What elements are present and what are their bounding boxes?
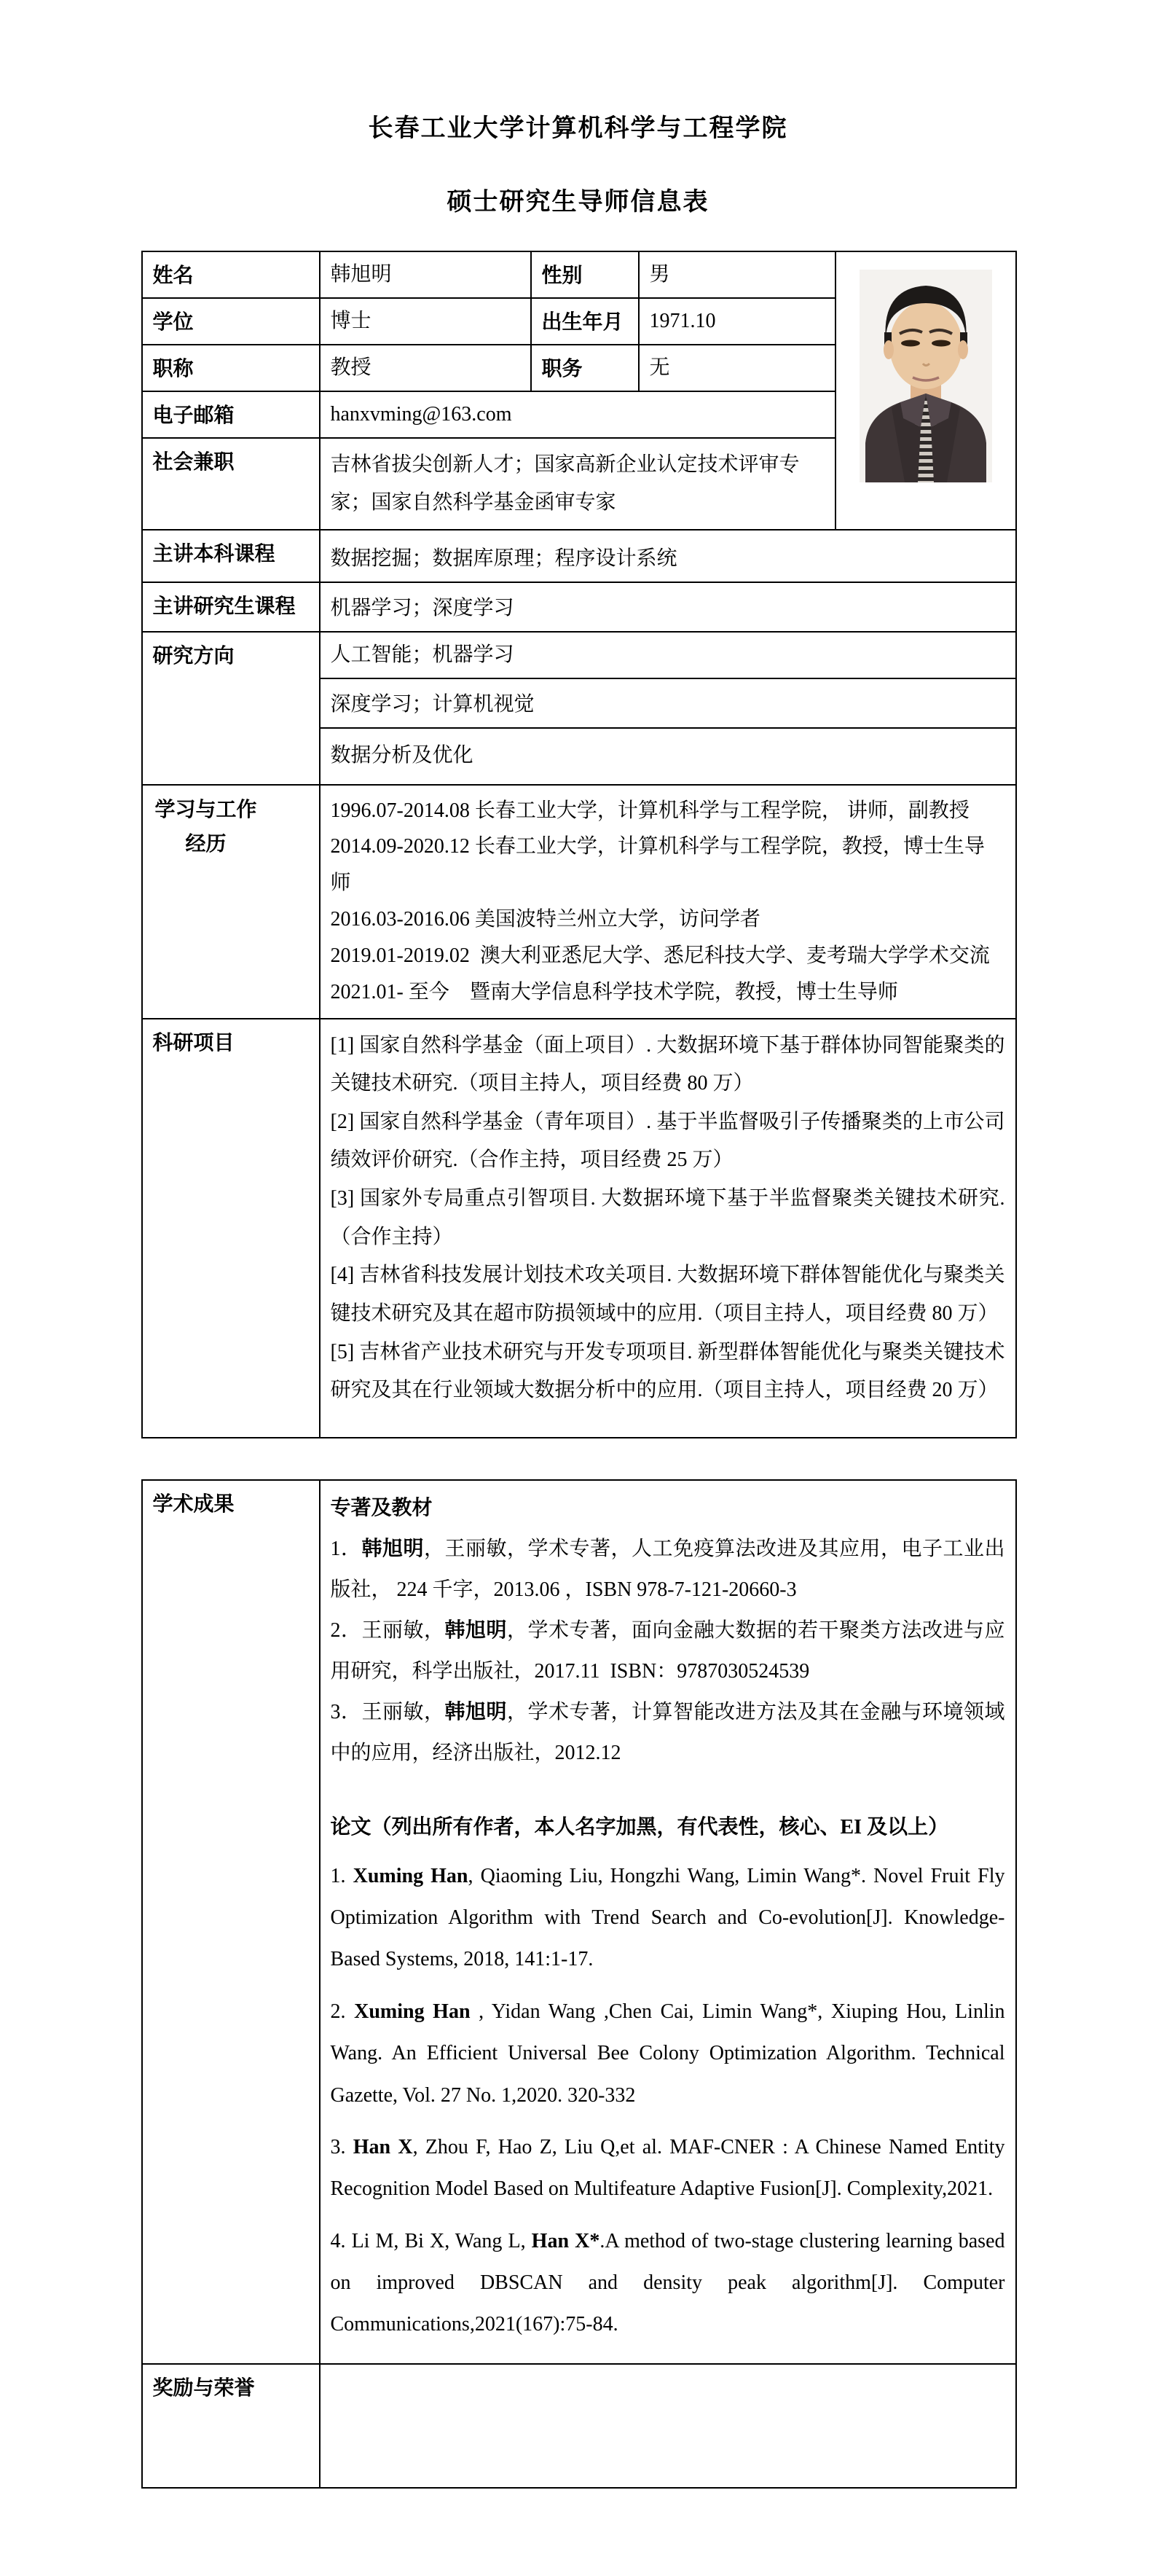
page-title: 长春工业大学计算机科学与工程学院 <box>141 108 1015 144</box>
list-item: 1. Xuming Han, Qiaoming Liu, Hongzhi Wan… <box>331 1855 1005 1981</box>
awards-content <box>320 2364 1016 2488</box>
list-item: 3．王丽敏，韩旭明，学术专著，计算智能改进方法及其在金融与环境领域中的应用，经济… <box>331 1692 1005 1774</box>
text-segment: 3．王丽敏， <box>331 1701 445 1723</box>
achievements-label: 学术成果 <box>142 1480 320 2364</box>
table-row: 主讲本科课程 数据挖掘；数据库原理；程序设计系统 <box>142 530 1016 582</box>
books-section-header: 专著及教材 <box>331 1488 1005 1529</box>
degree-label: 学位 <box>142 298 320 345</box>
achievements-content: 专著及教材 1．韩旭明，王丽敏，学术专著，人工免疫算法改进及其应用，电子工业出版… <box>320 1480 1016 2364</box>
list-item: 1996.07-2014.08 长春工业大学，计算机科学与工程学院， 讲师，副教… <box>331 793 1005 829</box>
birth-label: 出生年月 <box>531 298 639 345</box>
text-segment: 4. Li M, Bi X, Wang L, <box>331 2230 532 2252</box>
table-row: 学术成果 专著及教材 1．韩旭明，王丽敏，学术专著，人工免疫算法改进及其应用，电… <box>142 1480 1016 2364</box>
list-item: 2014.09-2020.12 长春工业大学，计算机科学与工程学院，教授，博士生… <box>331 829 1005 901</box>
highlighted-author-name: Xuming Han <box>353 1865 468 1887</box>
page-bottom-margin <box>141 2489 1015 2576</box>
social-label: 社会兼职 <box>142 438 320 530</box>
table-row: 姓名 韩旭明 性别 男 <box>142 251 1016 298</box>
text-segment: 1． <box>331 1538 362 1560</box>
papers-section-header: 论文（列出所有作者，本人名字加黑，有代表性，核心、EI 及以上） <box>331 1807 1005 1848</box>
table-row: 学习与工作经历 1996.07-2014.08 长春工业大学，计算机科学与工程学… <box>142 785 1016 1019</box>
list-item: [5] 吉林省产业技术研究与开发专项项目. 新型群体智能优化与聚类关键技术研究及… <box>331 1334 1005 1410</box>
research-direction-3: 数据分析及优化 <box>320 728 1016 785</box>
title-value: 教授 <box>320 345 531 391</box>
birth-value: 1971.10 <box>639 298 835 345</box>
list-item: 2016.03-2016.06 美国波特兰州立大学，访问学者 <box>331 901 1005 938</box>
text-segment: 2．王丽敏， <box>331 1619 445 1642</box>
text-segment: , Zhou F, Hao Z, Liu Q,et al. MAF-CNER :… <box>331 2136 1005 2200</box>
achievements-table: 学术成果 专著及教材 1．韩旭明，王丽敏，学术专著，人工免疫算法改进及其应用，电… <box>141 1479 1017 2489</box>
gender-value: 男 <box>639 251 835 298</box>
gender-label: 性别 <box>531 251 639 298</box>
list-item: [4] 吉林省科技发展计划技术攻关项目. 大数据环境下群体智能优化与聚类关键技术… <box>331 1256 1005 1333</box>
highlighted-author-name: Han X* <box>532 2230 600 2252</box>
list-item: 2019.01-2019.02 澳大利亚悉尼大学、悉尼科技大学、麦考瑞大学学术交… <box>331 938 1005 974</box>
highlighted-author-name: 韩旭明 <box>445 1619 508 1642</box>
list-item: [1] 国家自然科学基金（面上项目）. 大数据环境下基于群体协同智能聚类的关键技… <box>331 1027 1005 1103</box>
photo-cell <box>835 251 1016 530</box>
list-item: [3] 国家外专局重点引智项目. 大数据环境下基于半监督聚类关键技术研究.（合作… <box>331 1180 1005 1256</box>
experience-content: 1996.07-2014.08 长春工业大学，计算机科学与工程学院， 讲师，副教… <box>320 785 1016 1019</box>
name-label: 姓名 <box>142 251 320 298</box>
papers-list: 1. Xuming Han, Qiaoming Liu, Hongzhi Wan… <box>331 1855 1005 2346</box>
books-list: 1．韩旭明，王丽敏，学术专著，人工免疫算法改进及其应用，电子工业出版社， 224… <box>331 1529 1005 1774</box>
duty-label: 职务 <box>531 345 639 391</box>
email-label: 电子邮箱 <box>142 391 320 438</box>
projects-content: [1] 国家自然科学基金（面上项目）. 大数据环境下基于群体协同智能聚类的关键技… <box>320 1019 1016 1438</box>
research-direction-2: 深度学习；计算机视觉 <box>320 678 1016 728</box>
text-segment: 1. <box>331 1865 353 1887</box>
name-value: 韩旭明 <box>320 251 531 298</box>
text-segment: 2. <box>331 2000 355 2023</box>
social-value: 吉林省拔尖创新人才；国家高新企业认定技术评审专家；国家自然科学基金函审专家 <box>320 438 835 530</box>
highlighted-author-name: Han X <box>353 2136 413 2158</box>
highlighted-author-name: 韩旭明 <box>445 1701 508 1723</box>
graduate-course-value: 机器学习；深度学习 <box>320 582 1016 632</box>
list-item: [2] 国家自然科学基金（青年项目）. 基于半监督吸引子传播聚类的上市公司绩效评… <box>331 1103 1005 1180</box>
page-subtitle: 硕士研究生导师信息表 <box>141 181 1015 217</box>
list-item: 3. Han X, Zhou F, Hao Z, Liu Q,et al. MA… <box>331 2126 1005 2210</box>
table-row: 研究方向 人工智能；机器学习 <box>142 632 1016 678</box>
research-direction-1: 人工智能；机器学习 <box>320 632 1016 678</box>
portrait-photo-image <box>860 270 992 482</box>
text-segment: 3. <box>331 2136 353 2158</box>
duty-value: 无 <box>639 345 835 391</box>
highlighted-author-name: 韩旭明 <box>362 1538 425 1560</box>
supervisor-info-table: 姓名 韩旭明 性别 男 <box>141 251 1017 1438</box>
awards-label: 奖励与荣誉 <box>142 2364 320 2488</box>
list-item: 1．韩旭明，王丽敏，学术专著，人工免疫算法改进及其应用，电子工业出版社， 224… <box>331 1529 1005 1610</box>
graduate-course-label: 主讲研究生课程 <box>142 582 320 632</box>
undergrad-course-value: 数据挖掘；数据库原理；程序设计系统 <box>320 530 1016 582</box>
degree-value: 博士 <box>320 298 531 345</box>
projects-label: 科研项目 <box>142 1019 320 1438</box>
highlighted-author-name: Xuming Han <box>354 2000 470 2023</box>
form-page: 长春工业大学计算机科学与工程学院 硕士研究生导师信息表 姓名 韩旭明 性别 男 <box>141 0 1015 2576</box>
undergrad-course-label: 主讲本科课程 <box>142 530 320 582</box>
title-label: 职称 <box>142 345 320 391</box>
list-item: 2. Xuming Han , Yidan Wang ,Chen Cai, Li… <box>331 1991 1005 2116</box>
table-row: 科研项目 [1] 国家自然科学基金（面上项目）. 大数据环境下基于群体协同智能聚… <box>142 1019 1016 1438</box>
list-item: 2．王丽敏，韩旭明，学术专著，面向金融大数据的若干聚类方法改进与应用研究，科学出… <box>331 1610 1005 1692</box>
experience-label: 学习与工作经历 <box>142 785 320 1019</box>
list-item: 4. Li M, Bi X, Wang L, Han X*.A method o… <box>331 2220 1005 2346</box>
list-item: 2021.01- 至今 暨南大学信息科学技术学院，教授，博士生导师 <box>331 974 1005 1011</box>
experience-label-text: 学习与工作经历 <box>153 793 259 862</box>
table-row: 主讲研究生课程 机器学习；深度学习 <box>142 582 1016 632</box>
table-row: 奖励与荣誉 <box>142 2364 1016 2488</box>
text-segment: ，王丽敏，学术专著，人工免疫算法改进及其应用，电子工业出版社， 224 千字，2… <box>331 1538 1005 1601</box>
email-value: hanxvming@163.com <box>320 391 835 438</box>
research-direction-label: 研究方向 <box>142 632 320 785</box>
portrait-photo <box>860 270 992 482</box>
